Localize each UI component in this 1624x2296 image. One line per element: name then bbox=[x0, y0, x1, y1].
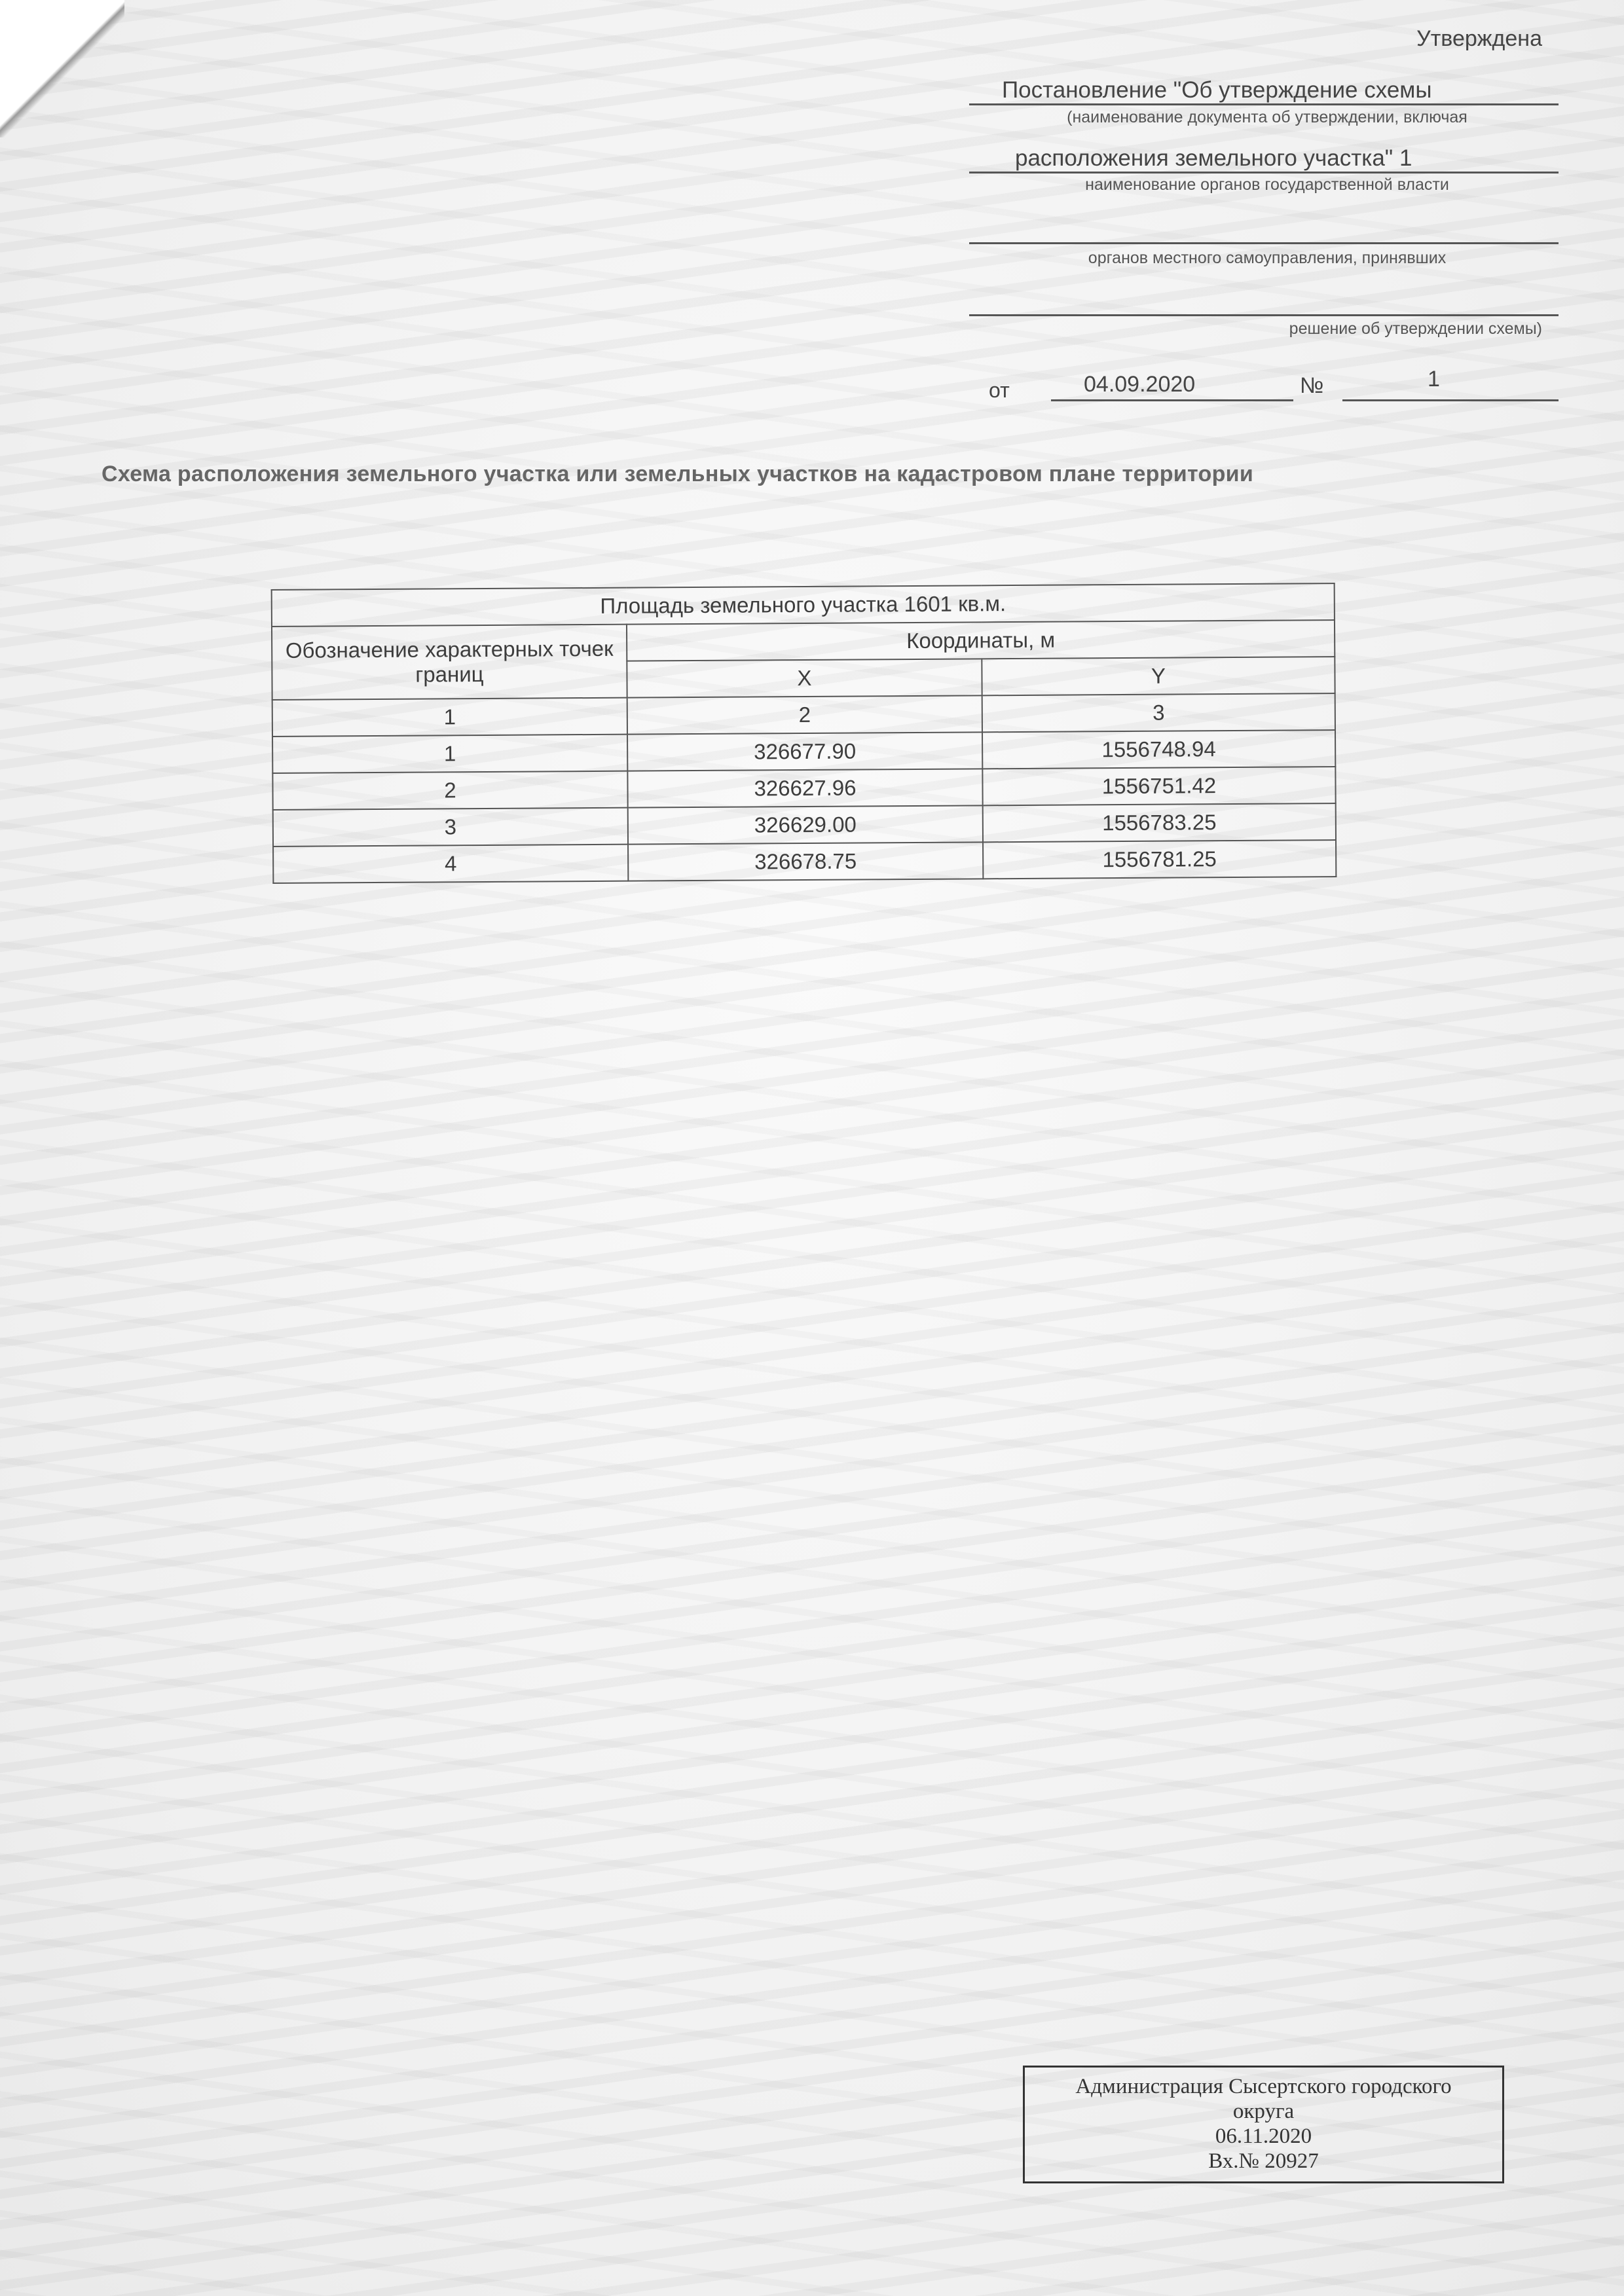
underline bbox=[969, 314, 1559, 316]
coords-header: Координаты, м bbox=[627, 620, 1335, 661]
stamp-incoming-number: Вх.№ 20927 bbox=[1025, 2149, 1502, 2174]
point-cell: 2 bbox=[272, 771, 627, 810]
point-cell: 1 bbox=[272, 735, 627, 773]
table-row: 4 326678.75 1556781.25 bbox=[273, 840, 1336, 883]
authority-hint: наименование органов государственной вла… bbox=[979, 175, 1555, 194]
document-name-line: Постановление "Об утверждение схемы bbox=[1002, 77, 1432, 103]
approval-number: 1 bbox=[1428, 367, 1440, 392]
underline bbox=[969, 242, 1559, 244]
date-underline bbox=[1051, 399, 1293, 401]
col-number: 2 bbox=[627, 695, 982, 734]
y-cell: 1556748.94 bbox=[982, 730, 1335, 769]
stamp-date: 06.11.2020 bbox=[1025, 2124, 1502, 2149]
x-header: X bbox=[627, 659, 982, 697]
page-title: Схема расположения земельного участка ил… bbox=[101, 462, 1253, 487]
point-header: Обозначение характерных точек границ bbox=[272, 625, 627, 700]
x-cell: 326627.96 bbox=[627, 769, 982, 807]
number-underline bbox=[1342, 399, 1559, 401]
x-cell: 326677.90 bbox=[627, 732, 982, 771]
table-row: 1 326677.90 1556748.94 bbox=[272, 730, 1335, 773]
paper-background bbox=[0, 0, 1624, 2296]
point-cell: 3 bbox=[273, 808, 628, 847]
coordinates-table: Площадь земельного участка 1601 кв.м. Об… bbox=[271, 583, 1337, 884]
column-number-row: 1 2 3 bbox=[272, 693, 1335, 737]
document-name-line2: расположения земельного участка" 1 bbox=[1015, 145, 1412, 172]
y-cell: 1556783.25 bbox=[983, 803, 1336, 842]
number-prefix: № bbox=[1300, 373, 1323, 399]
y-cell: 1556751.42 bbox=[982, 767, 1335, 805]
underline bbox=[969, 103, 1559, 105]
folded-corner bbox=[0, 0, 124, 137]
stamp-line-2: округа bbox=[1025, 2099, 1502, 2124]
incoming-stamp: Администрация Сысертского городского окр… bbox=[1023, 2066, 1504, 2183]
underline bbox=[969, 172, 1559, 173]
approved-label: Утверждена bbox=[1416, 26, 1542, 52]
stamp-line-1: Администрация Сысертского городского bbox=[1025, 2074, 1502, 2099]
table-row: 2 326627.96 1556751.42 bbox=[272, 767, 1335, 810]
point-cell: 4 bbox=[273, 845, 628, 883]
authority-hint-2: органов местного самоуправления, принявш… bbox=[979, 249, 1555, 268]
document-name-hint: (наименование документа об утверждении, … bbox=[979, 108, 1555, 127]
y-header: Y bbox=[982, 657, 1335, 695]
y-cell: 1556781.25 bbox=[983, 840, 1336, 879]
col-number: 3 bbox=[982, 693, 1335, 732]
area-caption: Площадь земельного участка 1601 кв.м. bbox=[272, 583, 1335, 627]
col-number: 1 bbox=[272, 698, 627, 737]
approval-date: 04.09.2020 bbox=[1084, 372, 1195, 397]
decision-hint: решение об утверждении схемы) bbox=[1289, 319, 1542, 338]
x-cell: 326629.00 bbox=[628, 805, 983, 844]
x-cell: 326678.75 bbox=[628, 842, 983, 881]
date-prefix: от bbox=[989, 378, 1010, 403]
table-row: 3 326629.00 1556783.25 bbox=[273, 803, 1336, 847]
